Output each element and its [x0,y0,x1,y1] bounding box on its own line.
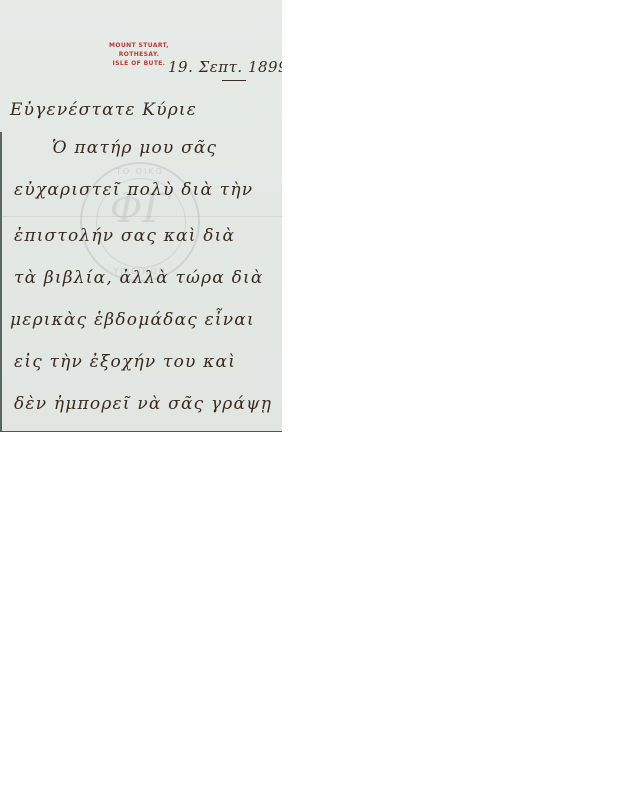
body-line-6: εἰς τὴν ἐξοχήν του καὶ [14,352,236,372]
body-line-1: Ὁ πατήρ μου σᾶς [52,138,217,158]
page-bottom-shadow-edge [0,431,282,432]
body-line-7: δὲν ἠμπορεῖ νὰ σᾶς γράψῃ [14,394,272,414]
letterhead: MOUNT STUART, ROTHESAY. ISLE OF BUTE. [100,41,178,68]
page-left-shadow-edge [0,132,2,432]
body-line-4: τὰ βιβλία, ἀλλὰ τώρα διὰ [14,268,264,288]
letterhead-line-1: MOUNT STUART, [100,41,178,50]
salutation: Εὐγενέστατε Κύριε [10,100,197,120]
body-line-3: ἐπιστολήν σας καὶ διὰ [14,226,235,246]
date-underline [222,80,246,81]
letter-page: MOUNT STUART, ROTHESAY. ISLE OF BUTE. 19… [0,0,282,432]
scan-canvas: MOUNT STUART, ROTHESAY. ISLE OF BUTE. 19… [0,0,618,800]
body-line-2: εὐχαριστεῖ πολὺ διὰ τὴν [14,180,253,200]
letter-date: 19. Σεπτ. 1899. [168,58,282,76]
stamp-top-text: ΤΟ ΟΙΚΟ [82,167,198,176]
body-line-5: μερικὰς ἑβδομάδας εἶναι [10,310,255,330]
letterhead-line-2: ROTHESAY. [100,50,178,59]
letterhead-line-3: ISLE OF BUTE. [100,59,178,68]
